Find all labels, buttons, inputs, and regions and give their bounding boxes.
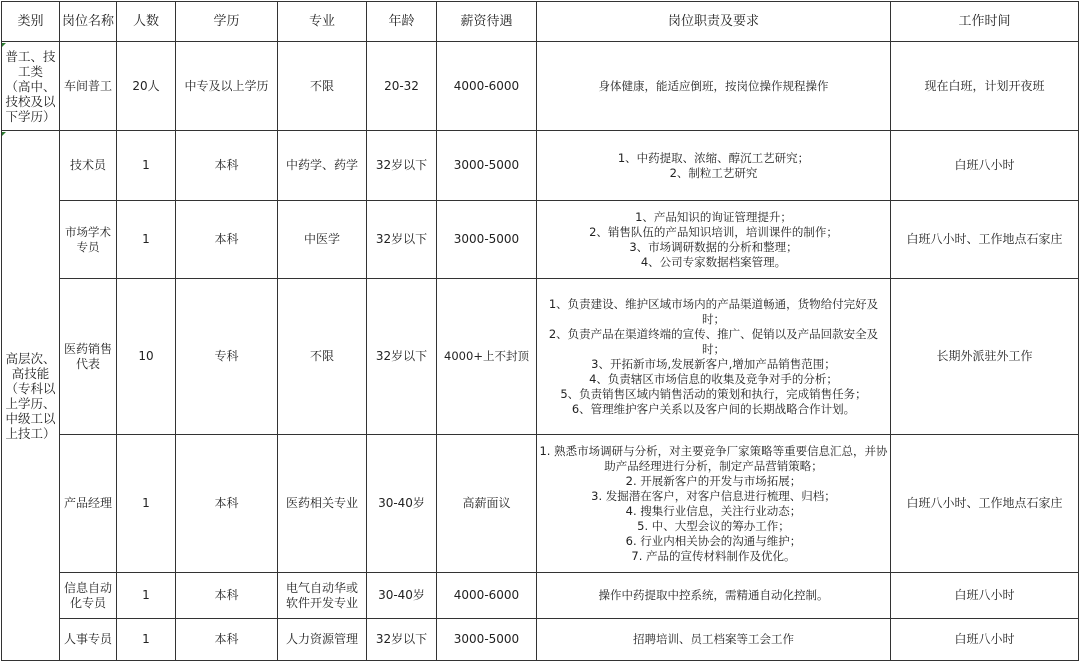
age-cell[interactable]: 30-40岁 — [367, 573, 437, 619]
header-age[interactable]: 年龄 — [367, 2, 437, 42]
hours-cell[interactable]: 现在白班，计划开夜班 — [891, 42, 1079, 131]
education-cell[interactable]: 本科 — [176, 573, 278, 619]
age-cell[interactable]: 32岁以下 — [367, 619, 437, 661]
position-cell[interactable]: 医药销售代表 — [60, 279, 117, 435]
major-cell[interactable]: 人力资源管理 — [278, 619, 367, 661]
hours-cell[interactable]: 白班八小时 — [891, 619, 1079, 661]
position-cell[interactable]: 车间普工 — [60, 42, 117, 131]
table-row: 普工、技 工类 （高中、 技校及以 下学历） 车间普工 20人 中专及以上学历 … — [2, 42, 1079, 131]
major-cell[interactable]: 不限 — [278, 279, 367, 435]
header-count[interactable]: 人数 — [117, 2, 176, 42]
major-cell[interactable]: 中医学 — [278, 201, 367, 279]
cell-comment-marker-icon — [2, 43, 6, 47]
position-cell[interactable]: 市场学术专员 — [60, 201, 117, 279]
salary-cell[interactable]: 3000-5000 — [437, 201, 537, 279]
salary-cell[interactable]: 4000-6000 — [437, 573, 537, 619]
hours-cell[interactable]: 白班八小时、工作地点石家庄 — [891, 201, 1079, 279]
education-cell[interactable]: 本科 — [176, 201, 278, 279]
salary-cell[interactable]: 4000-6000 — [437, 42, 537, 131]
major-cell[interactable]: 不限 — [278, 42, 367, 131]
hours-cell[interactable]: 白班八小时 — [891, 131, 1079, 201]
header-salary[interactable]: 薪资待遇 — [437, 2, 537, 42]
age-cell[interactable]: 20-32 — [367, 42, 437, 131]
duties-cell[interactable]: 1. 熟悉市场调研与分析，对主要竞争厂家策略等重要信息汇总，并协助产品经理进行分… — [537, 435, 891, 573]
table-row: 信息自动化专员 1 本科 电气自动华或软件开发专业 30-40岁 4000-60… — [2, 573, 1079, 619]
salary-cell[interactable]: 3000-5000 — [437, 619, 537, 661]
recruitment-table: 类别 岗位名称 人数 学历 专业 年龄 薪资待遇 岗位职责及要求 工作时间 普工… — [1, 1, 1079, 661]
count-cell[interactable]: 20人 — [117, 42, 176, 131]
age-cell[interactable]: 32岁以下 — [367, 279, 437, 435]
header-category[interactable]: 类别 — [2, 2, 60, 42]
table-row: 高层次、 高技能 （专科以 上学历、 中级工以 上技工） 技术员 1 本科 中药… — [2, 131, 1079, 201]
category-cell-general-workers[interactable]: 普工、技 工类 （高中、 技校及以 下学历） — [2, 42, 60, 131]
hours-cell[interactable]: 白班八小时 — [891, 573, 1079, 619]
education-cell[interactable]: 本科 — [176, 131, 278, 201]
header-major[interactable]: 专业 — [278, 2, 367, 42]
count-cell[interactable]: 10 — [117, 279, 176, 435]
duties-cell[interactable]: 身体健康，能适应倒班，按岗位操作规程操作 — [537, 42, 891, 131]
header-hours[interactable]: 工作时间 — [891, 2, 1079, 42]
hours-cell[interactable]: 长期外派驻外工作 — [891, 279, 1079, 435]
hours-cell[interactable]: 白班八小时、工作地点石家庄 — [891, 435, 1079, 573]
education-cell[interactable]: 本科 — [176, 619, 278, 661]
major-cell[interactable]: 中药学、药学 — [278, 131, 367, 201]
duties-cell[interactable]: 操作中药提取中控系统，需精通自动化控制。 — [537, 573, 891, 619]
count-cell[interactable]: 1 — [117, 201, 176, 279]
salary-cell[interactable]: 高薪面议 — [437, 435, 537, 573]
cell-comment-marker-icon — [2, 132, 6, 136]
position-cell[interactable]: 人事专员 — [60, 619, 117, 661]
position-cell[interactable]: 产品经理 — [60, 435, 117, 573]
table-row: 市场学术专员 1 本科 中医学 32岁以下 3000-5000 1、产品知识的询… — [2, 201, 1079, 279]
age-cell[interactable]: 32岁以下 — [367, 201, 437, 279]
header-education[interactable]: 学历 — [176, 2, 278, 42]
age-cell[interactable]: 30-40岁 — [367, 435, 437, 573]
education-cell[interactable]: 中专及以上学历 — [176, 42, 278, 131]
count-cell[interactable]: 1 — [117, 131, 176, 201]
education-cell[interactable]: 专科 — [176, 279, 278, 435]
education-cell[interactable]: 本科 — [176, 435, 278, 573]
duties-cell[interactable]: 1、负责建设、维护区域市场内的产品渠道畅通，货物给付完好及时； 2、负责产品在渠… — [537, 279, 891, 435]
header-position[interactable]: 岗位名称 — [60, 2, 117, 42]
major-cell[interactable]: 电气自动华或软件开发专业 — [278, 573, 367, 619]
category-cell-high-level[interactable]: 高层次、 高技能 （专科以 上学历、 中级工以 上技工） — [2, 131, 60, 661]
count-cell[interactable]: 1 — [117, 619, 176, 661]
position-cell[interactable]: 信息自动化专员 — [60, 573, 117, 619]
position-cell[interactable]: 技术员 — [60, 131, 117, 201]
table-row: 产品经理 1 本科 医药相关专业 30-40岁 高薪面议 1. 熟悉市场调研与分… — [2, 435, 1079, 573]
duties-cell[interactable]: 招聘培训、员工档案等工会工作 — [537, 619, 891, 661]
count-cell[interactable]: 1 — [117, 435, 176, 573]
count-cell[interactable]: 1 — [117, 573, 176, 619]
salary-cell[interactable]: 3000-5000 — [437, 131, 537, 201]
header-duties[interactable]: 岗位职责及要求 — [537, 2, 891, 42]
table-row: 人事专员 1 本科 人力资源管理 32岁以下 3000-5000 招聘培训、员工… — [2, 619, 1079, 661]
major-cell[interactable]: 医药相关专业 — [278, 435, 367, 573]
age-cell[interactable]: 32岁以下 — [367, 131, 437, 201]
table-row: 医药销售代表 10 专科 不限 32岁以下 4000+上不封顶 1、负责建设、维… — [2, 279, 1079, 435]
salary-cell[interactable]: 4000+上不封顶 — [437, 279, 537, 435]
duties-cell[interactable]: 1、中药提取、浓缩、醇沉工艺研究； 2、制粒工艺研究 — [537, 131, 891, 201]
duties-cell[interactable]: 1、产品知识的询证管理提升； 2、销售队伍的产品知识培训，培训课件的制作； 3、… — [537, 201, 891, 279]
header-row: 类别 岗位名称 人数 学历 专业 年龄 薪资待遇 岗位职责及要求 工作时间 — [2, 2, 1079, 42]
